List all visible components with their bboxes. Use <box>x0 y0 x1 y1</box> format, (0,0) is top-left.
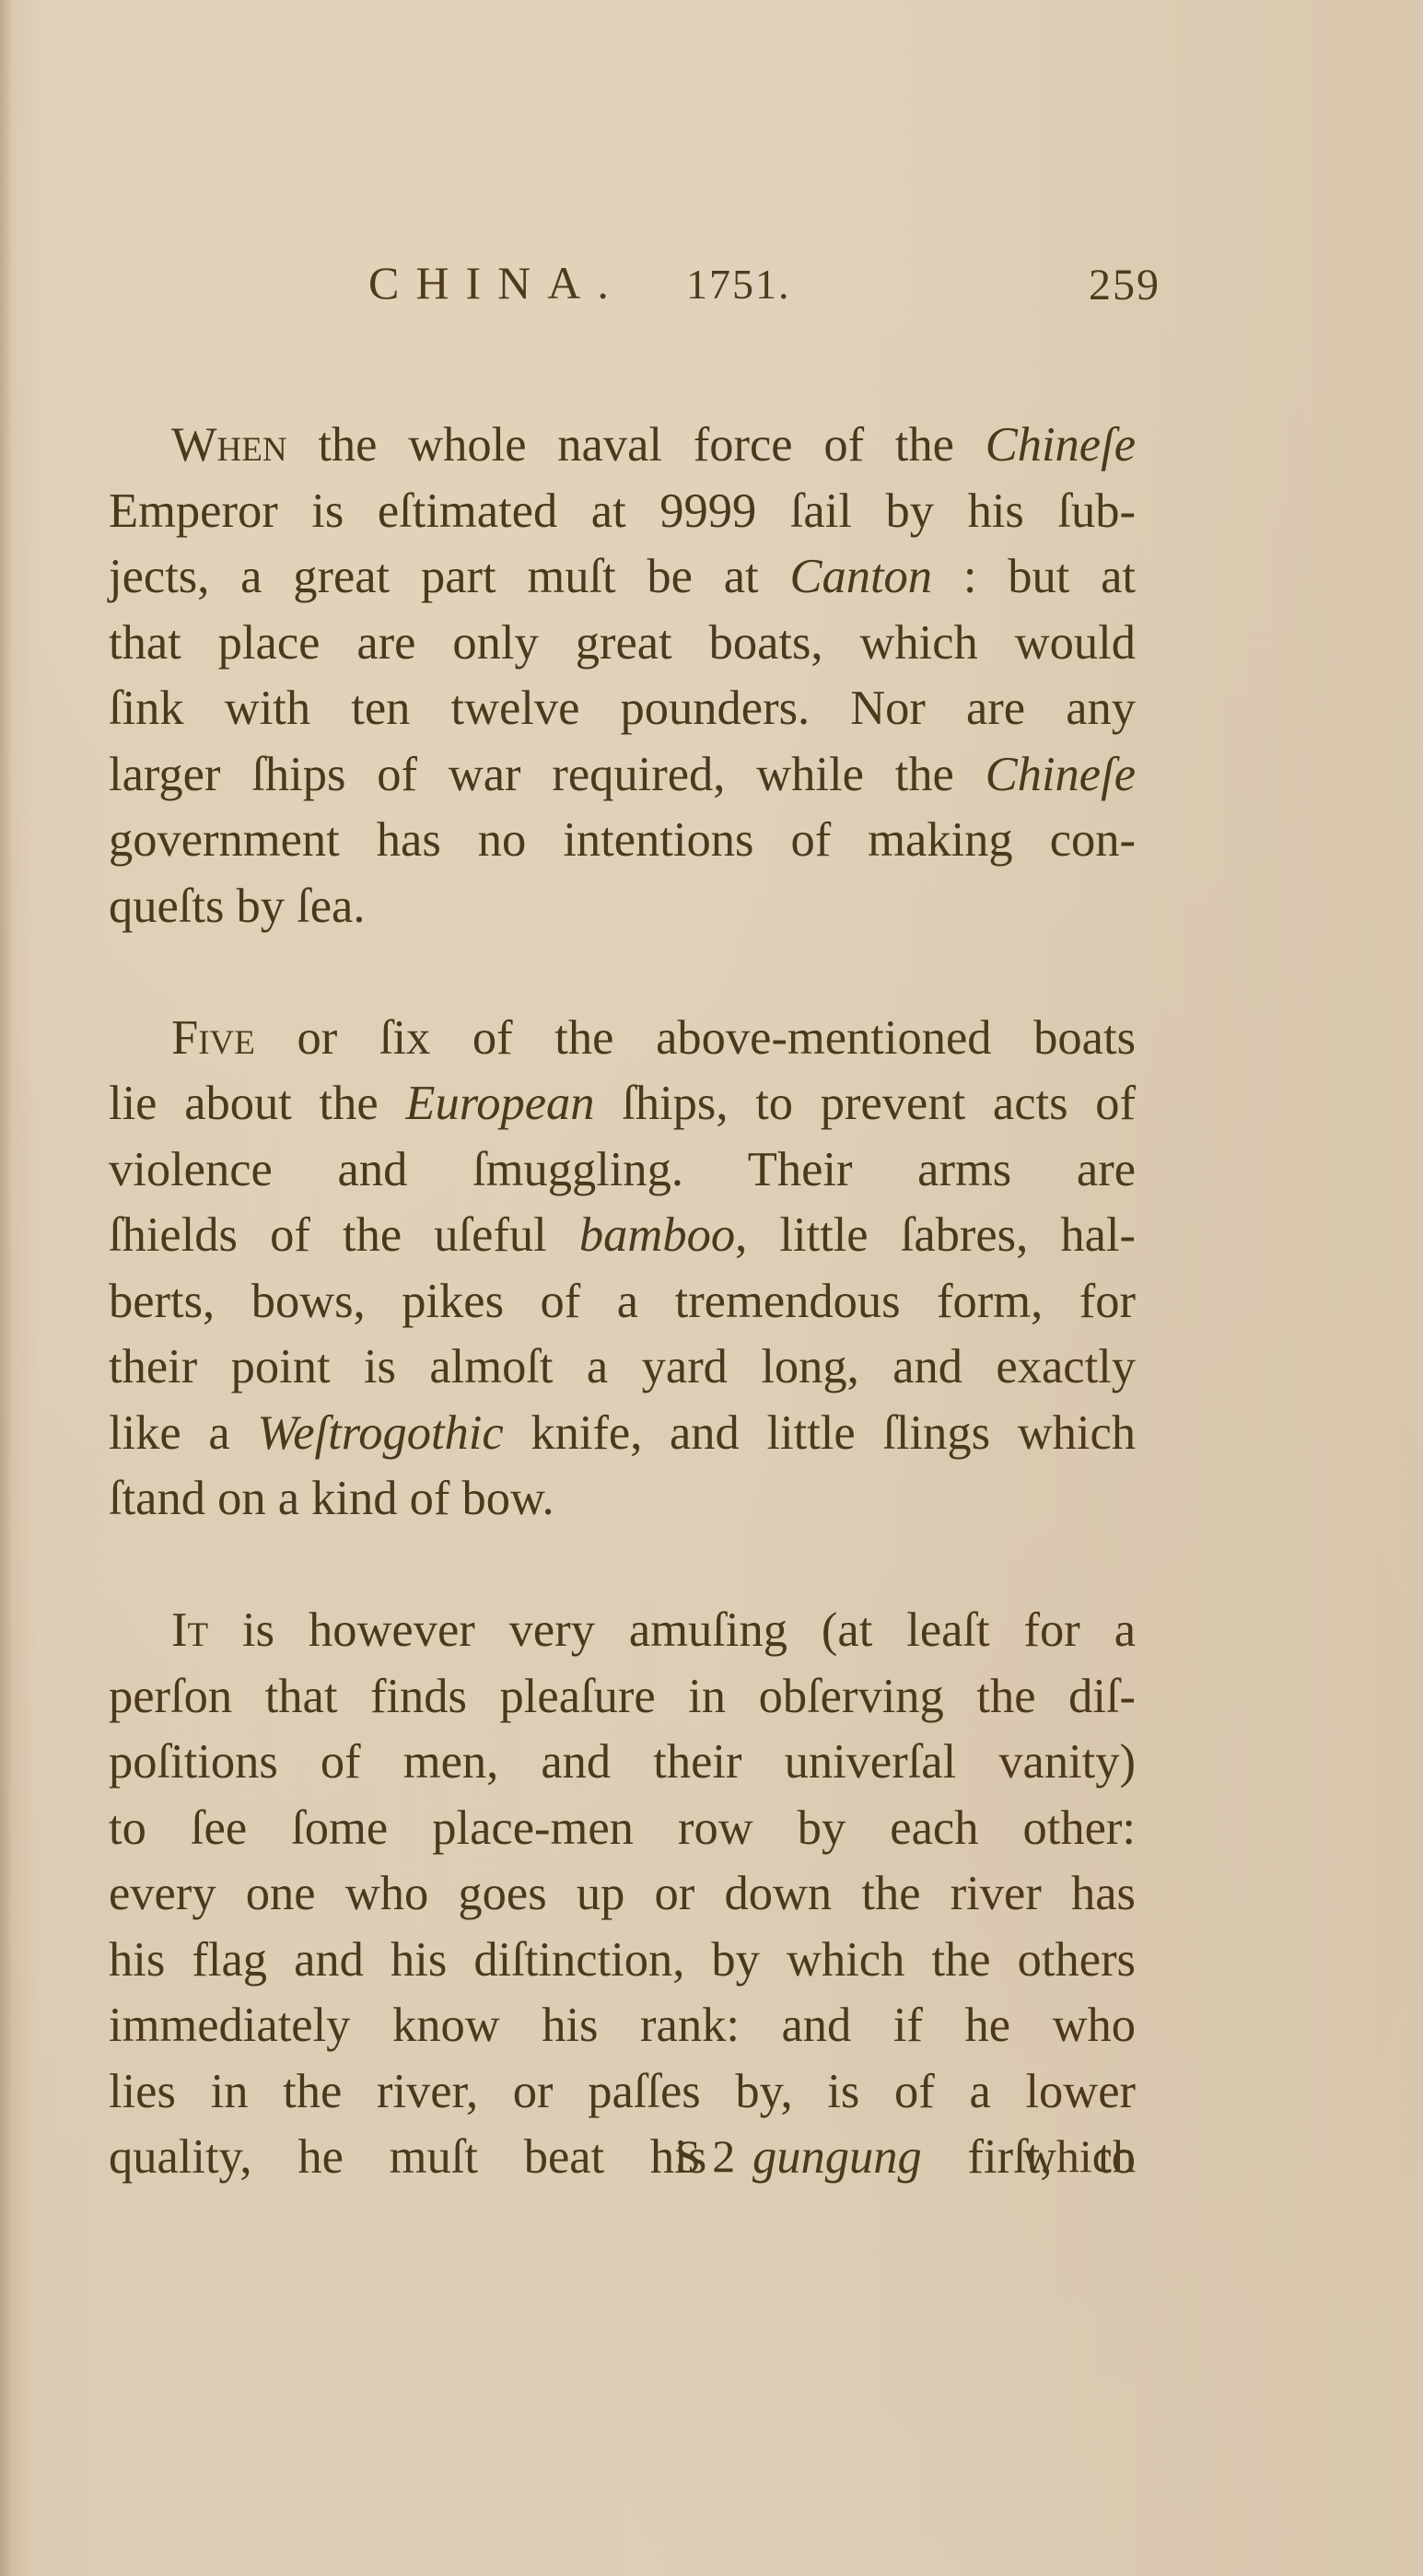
text-line: When the whole naval force of the Chineſ… <box>109 413 1136 479</box>
italic-term: European <box>405 1077 594 1130</box>
text-line: ſtand on a kind of bow. <box>109 1466 1136 1533</box>
small-caps-opening: It <box>171 1603 208 1657</box>
text-line: queſts by ſea. <box>109 874 1136 940</box>
italic-term: bamboo <box>579 1208 735 1262</box>
direction-line: S 2 which <box>109 2129 1136 2194</box>
text-line: his flag and his diſtinction, by which t… <box>109 1928 1136 1994</box>
text-line: lies in the river, or paſſes by, is of a… <box>109 2059 1136 2126</box>
text-line: to ſee ſome place-men row by each other: <box>109 1796 1136 1862</box>
text-line: larger ſhips of war required, while the … <box>109 742 1136 809</box>
text-line: like a Weſtrogothic knife, and little ſl… <box>109 1401 1136 1467</box>
text-line: ſhields of the uſeful bamboo, little ſab… <box>109 1203 1136 1269</box>
text-line: that place are only great boats, which w… <box>109 611 1136 677</box>
running-head-title: CHINA. <box>368 256 625 309</box>
text-run: ſhields of the uſeful <box>109 1208 579 1262</box>
page-number: 259 <box>1089 260 1161 310</box>
text-run: knife, and little ſlings which <box>504 1406 1136 1460</box>
running-head-year: 1751. <box>686 260 791 309</box>
text-line: their point is almoſt a yard long, and e… <box>109 1335 1136 1401</box>
text-line: lie about the European ſhips, to prevent… <box>109 1071 1136 1137</box>
running-head: CHINA. 1751. 259 <box>368 256 1161 321</box>
text-run: lie about the <box>109 1077 405 1130</box>
small-caps-opening: When <box>171 418 287 472</box>
text-run: : but at <box>932 550 1136 603</box>
paragraph-place-men: It is however very amuſing (at leaſt for… <box>109 1598 1136 2191</box>
text-line: poſitions of men, and their univerſal va… <box>109 1730 1136 1796</box>
italic-term: Canton <box>789 550 932 603</box>
italic-term: Weſtrogothic <box>257 1406 503 1460</box>
body-text: When the whole naval force of the Chineſ… <box>109 413 1136 2256</box>
text-run: like a <box>109 1406 257 1460</box>
book-page: CHINA. 1751. 259 When the whole naval fo… <box>0 0 1423 2576</box>
paragraph-boats-arms: Five or ſix of the above-mentioned boats… <box>109 1006 1136 1533</box>
catchword: which <box>1023 2129 1136 2183</box>
text-line: violence and ſmuggling. Their arms are <box>109 1137 1136 1204</box>
text-run: larger ſhips of war required, while the <box>109 748 986 801</box>
text-line: It is however very amuſing (at leaſt for… <box>109 1598 1136 1664</box>
text-line: Five or ſix of the above-mentioned boats <box>109 1006 1136 1072</box>
small-caps-opening: Five <box>171 1011 255 1065</box>
italic-term: Chineſe <box>986 418 1136 472</box>
text-line: Emperor is eſtimated at 9999 ſail by his… <box>109 479 1136 545</box>
text-line: jects, a great part muſt be at Canton : … <box>109 544 1136 611</box>
signature-mark: S 2 <box>675 2129 735 2183</box>
text-line: government has no intentions of making c… <box>109 808 1136 874</box>
text-line: immediately know his rank: and if he who <box>109 1993 1136 2059</box>
text-line: every one who goes up or down the river … <box>109 1861 1136 1928</box>
text-run: the whole naval force of the <box>287 418 986 472</box>
text-run: , little ſabres, hal- <box>735 1208 1136 1262</box>
text-run: is however very amuſing (at leaſt for a <box>208 1603 1136 1657</box>
paragraph-naval-force: When the whole naval force of the Chineſ… <box>109 413 1136 939</box>
text-run: jects, a great part muſt be at <box>109 550 789 603</box>
text-line: berts, bows, pikes of a tremendous form,… <box>109 1269 1136 1335</box>
page-gutter-shadow <box>0 0 13 2576</box>
text-run: ſhips, to prevent acts of <box>595 1077 1136 1130</box>
italic-term: Chineſe <box>986 748 1136 801</box>
text-run: or ſix of the above-mentioned boats <box>255 1011 1136 1065</box>
text-line: ſink with ten twelve pounders. Nor are a… <box>109 676 1136 742</box>
text-line: perſon that finds pleaſure in obſerving … <box>109 1664 1136 1731</box>
